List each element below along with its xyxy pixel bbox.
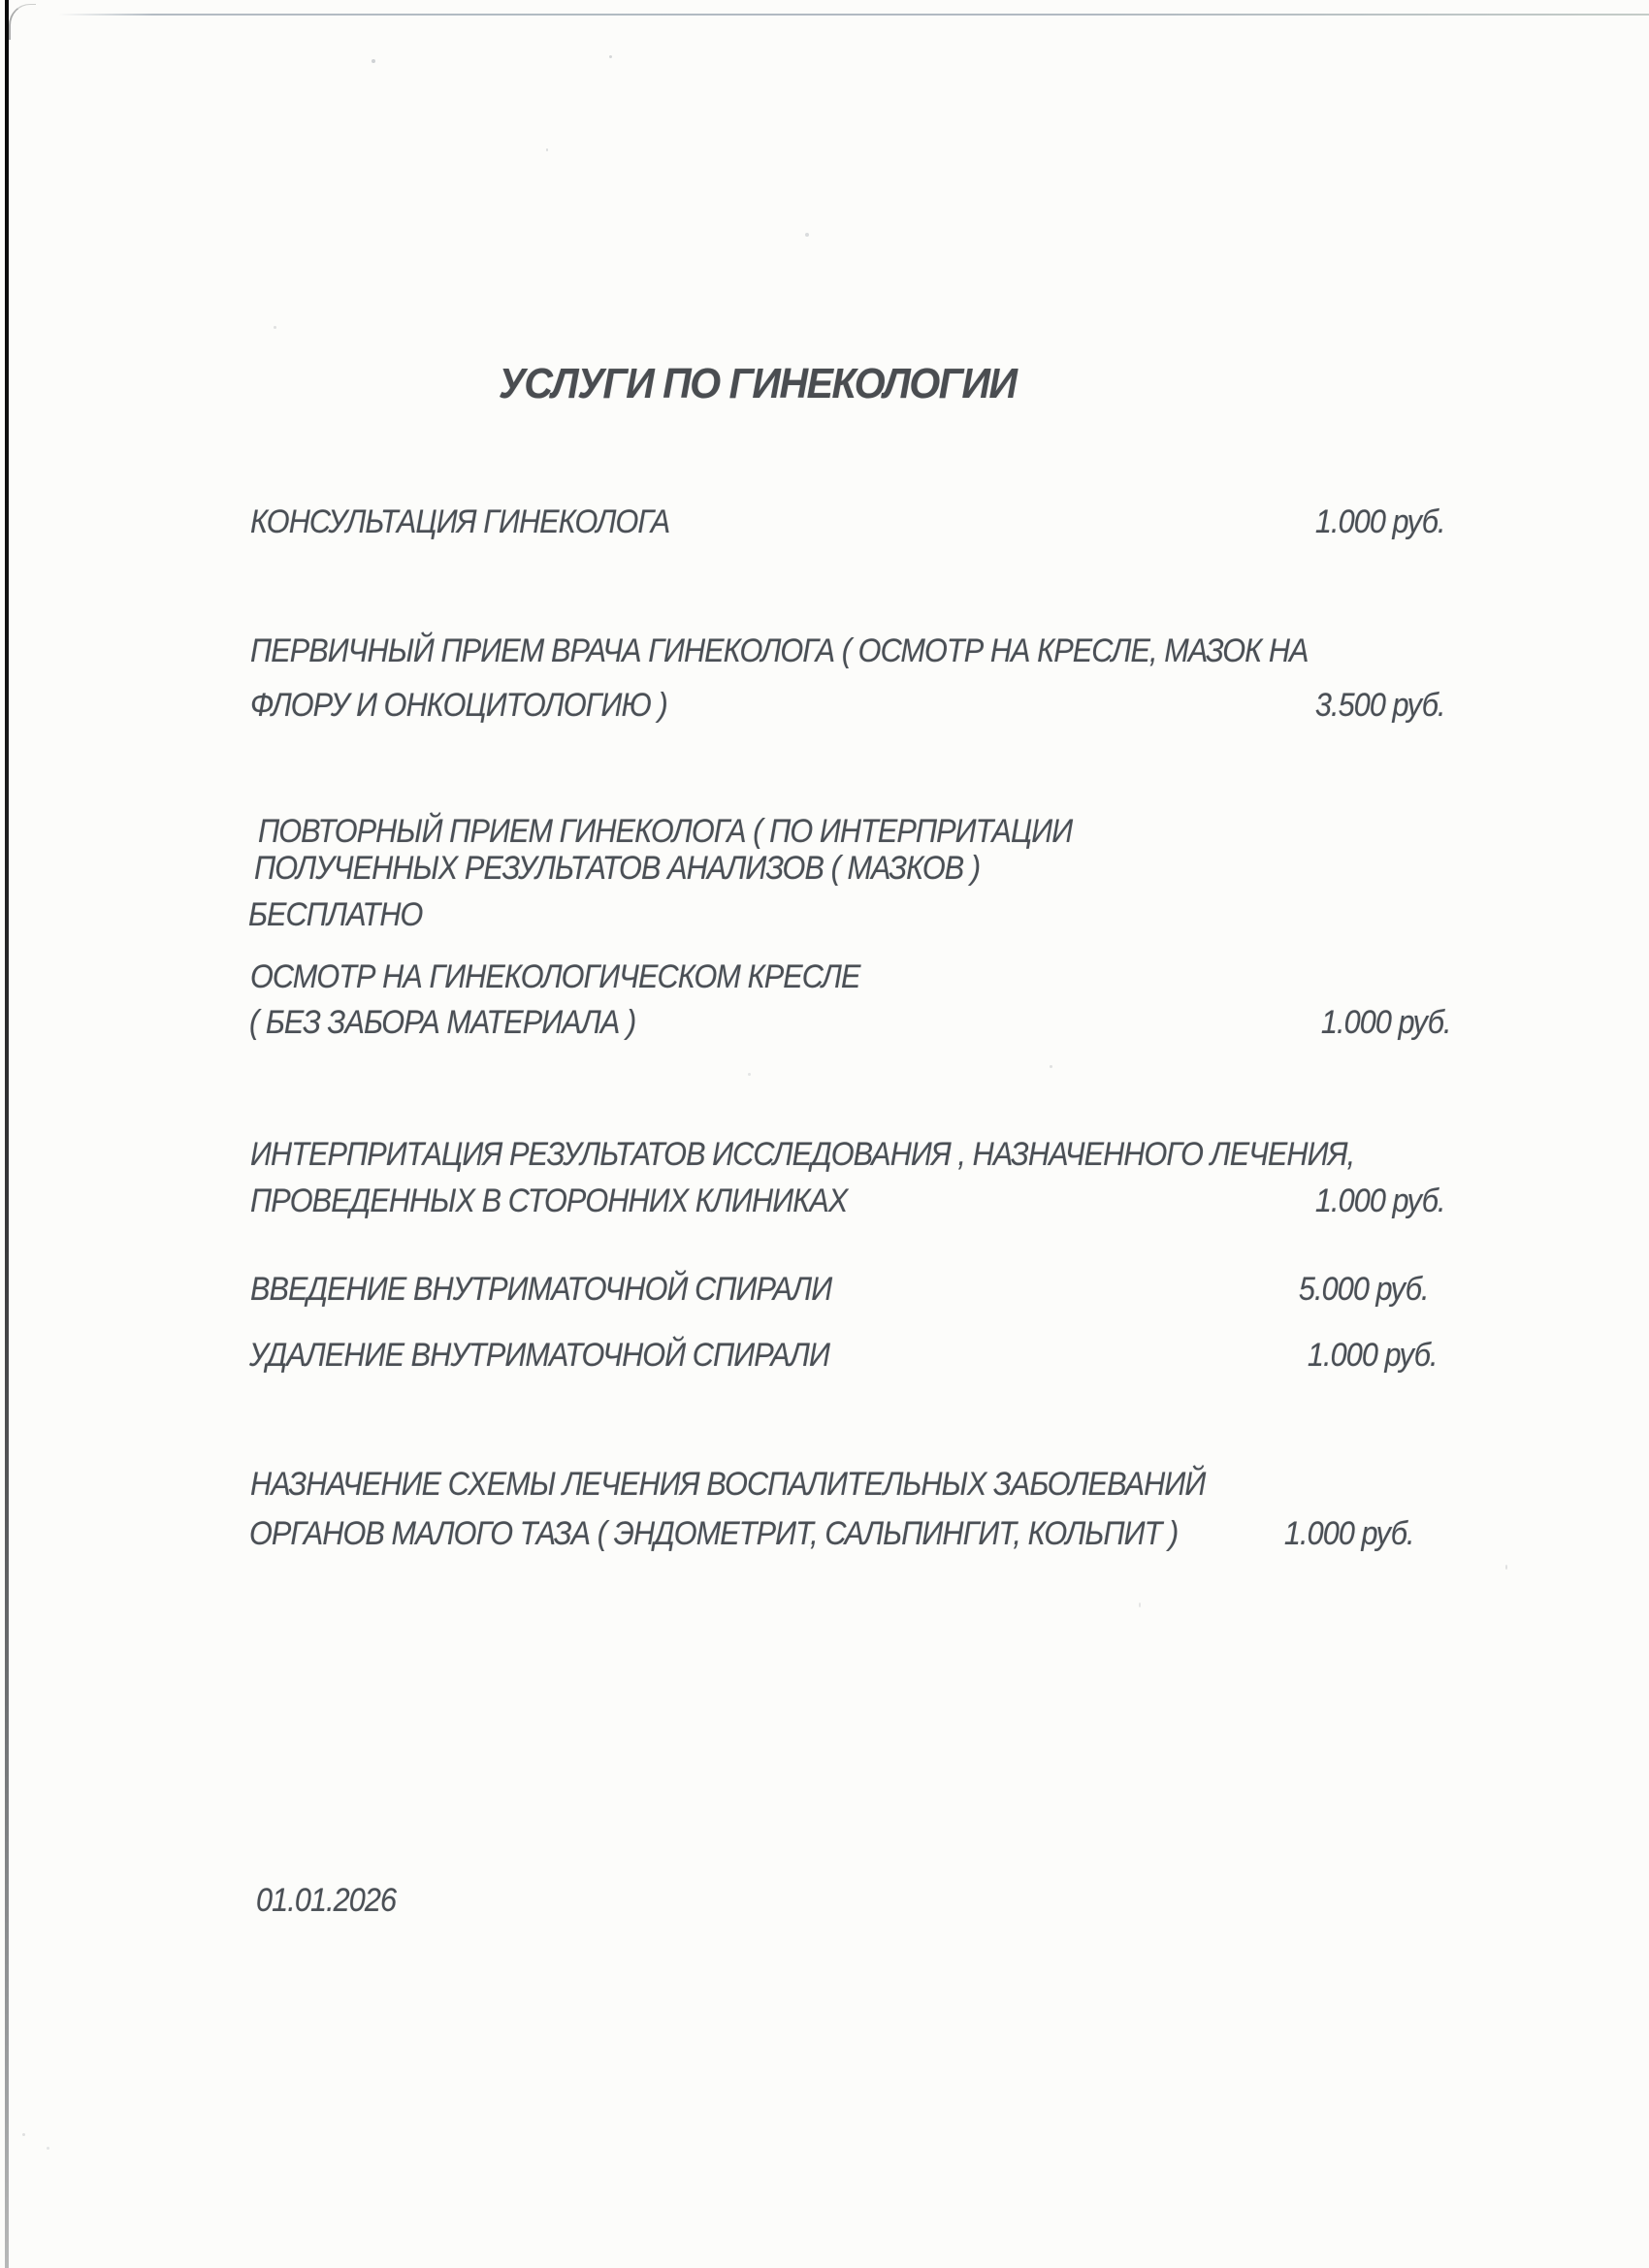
scan-speck bbox=[47, 2147, 49, 2150]
page-title: УСЛУГИ ПО ГИНЕКОЛОГИИ bbox=[499, 363, 1017, 405]
scan-speck bbox=[805, 233, 809, 237]
service-2-line-2: ФЛОРУ И ОНКОЦИТОЛОГИЮ ) bbox=[250, 689, 667, 722]
service-4-price: 1.000 руб. bbox=[1321, 1006, 1451, 1039]
scan-speck bbox=[1050, 1065, 1052, 1068]
service-7-price: 1.000 руб. bbox=[1308, 1339, 1438, 1372]
page-corner-artifact bbox=[9, 4, 36, 40]
service-8-line-1: НАЗНАЧЕНИЕ СХЕМЫ ЛЕЧЕНИЯ ВОСПАЛИТЕЛЬНЫХ … bbox=[250, 1468, 1205, 1501]
service-3-line-1: ПОВТОРНЫЙ ПРИЕМ ГИНЕКОЛОГА ( ПО ИНТЕРПРИ… bbox=[258, 815, 1072, 848]
scan-left-edge-artifact bbox=[5, 0, 9, 2268]
service-8-line-2: ОРГАНОВ МАЛОГО ТАЗА ( ЭНДОМЕТРИТ, САЛЬПИ… bbox=[249, 1517, 1178, 1550]
document-date: 01.01.2026 bbox=[256, 1884, 396, 1917]
service-5-price: 1.000 руб. bbox=[1315, 1184, 1445, 1217]
service-2-line-1: ПЕРВИЧНЫЙ ПРИЕМ ВРАЧА ГИНЕКОЛОГА ( ОСМОТ… bbox=[250, 634, 1309, 667]
service-6-price: 5.000 руб. bbox=[1299, 1273, 1429, 1306]
scan-speck bbox=[609, 55, 612, 58]
service-3-line-2: ПОЛУЧЕННЫХ РЕЗУЛЬТАТОВ АНАЛИЗОВ ( МАЗКОВ… bbox=[254, 852, 980, 885]
service-5-line-1: ИНТЕРПРИТАЦИЯ РЕЗУЛЬТАТОВ ИССЛЕДОВАНИЯ ,… bbox=[250, 1138, 1354, 1171]
service-2-price: 3.500 руб. bbox=[1315, 689, 1445, 722]
service-6-line-1: ВВЕДЕНИЕ ВНУТРИМАТОЧНОЙ СПИРАЛИ bbox=[250, 1273, 831, 1306]
scan-top-edge-artifact bbox=[58, 14, 1649, 16]
service-4-line-2: ( БЕЗ ЗАБОРА МАТЕРИАЛА ) bbox=[249, 1006, 635, 1039]
service-7-line-1: УДАЛЕНИЕ ВНУТРИМАТОЧНОЙ СПИРАЛИ bbox=[249, 1339, 829, 1372]
service-8-price: 1.000 руб. bbox=[1284, 1517, 1414, 1550]
scan-speck bbox=[372, 59, 375, 63]
scan-speck bbox=[274, 326, 276, 329]
service-3-free-label: БЕСПЛАТНО bbox=[248, 898, 422, 931]
service-1-line-1: КОНСУЛЬТАЦИЯ ГИНЕКОЛОГА bbox=[250, 505, 669, 538]
scan-speck bbox=[546, 148, 548, 151]
service-4-line-1: ОСМОТР НА ГИНЕКОЛОГИЧЕСКОМ КРЕСЛЕ bbox=[250, 960, 860, 993]
scan-speck bbox=[22, 2133, 25, 2136]
service-5-line-2: ПРОВЕДЕННЫХ В СТОРОННИХ КЛИНИКАХ bbox=[250, 1184, 847, 1217]
scan-speck bbox=[748, 1073, 751, 1076]
service-1-price: 1.000 руб. bbox=[1315, 505, 1445, 538]
scanned-price-list-page: УСЛУГИ ПО ГИНЕКОЛОГИИ КОНСУЛЬТАЦИЯ ГИНЕК… bbox=[0, 0, 1649, 2268]
scan-speck bbox=[1139, 1603, 1141, 1607]
scan-speck bbox=[1505, 1565, 1507, 1570]
